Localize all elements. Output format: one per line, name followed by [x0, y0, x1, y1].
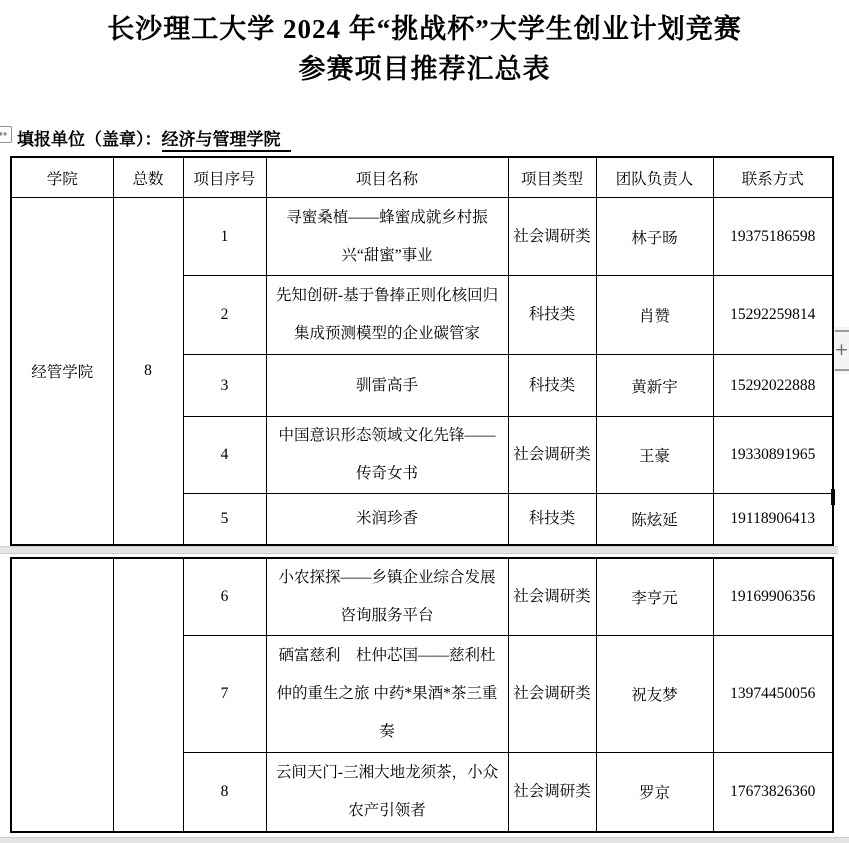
team-leader-cell: 陈炫延 — [596, 494, 713, 545]
project-no-cell: 7 — [183, 636, 266, 753]
filing-unit-line: 填报单位（盖章）：经济与管理学院 — [17, 125, 291, 150]
contact-cell: 19375186598 — [713, 198, 833, 276]
column-header-project-no: 项目序号 — [183, 157, 266, 198]
project-no-cell: 8 — [183, 753, 266, 832]
page-title: 长沙理工大学 2024 年“挑战杯”大学生创业计划竞赛 参赛项目推荐汇总表 — [0, 9, 849, 89]
project-name-cell: 云间天门-三湘大地龙须茶，小众农产引领者 — [266, 753, 508, 832]
project-type-cell: 社会调研类 — [508, 198, 596, 276]
widget-bottom-bar — [835, 369, 849, 371]
widget-top-bar — [835, 330, 849, 332]
college-cell: 经管学院 — [11, 198, 113, 545]
add-button[interactable]: + — [834, 327, 849, 374]
project-type-cell: 科技类 — [508, 494, 596, 545]
projects-table-page-2: 6 小农探探——乡镇企业综合发展咨询服务平台 社会调研类 李亨元 1916990… — [10, 557, 834, 833]
filing-unit-value: 经济与管理学院 — [162, 130, 291, 152]
column-header-project-name: 项目名称 — [266, 157, 508, 198]
project-type-cell: 社会调研类 — [508, 558, 596, 636]
project-name-cell: 驯雷高手 — [266, 355, 508, 417]
college-cell-empty — [11, 558, 113, 832]
total-cell: 8 — [113, 198, 183, 545]
column-header-college: 学院 — [11, 157, 113, 198]
team-leader-cell: 罗京 — [596, 753, 713, 832]
column-header-total: 总数 — [113, 157, 183, 198]
project-name-cell: 先知创研-基于鲁捧正则化核回归集成预测模型的企业碳管家 — [266, 276, 508, 355]
project-no-cell: 6 — [183, 558, 266, 636]
project-no-cell: 4 — [183, 417, 266, 494]
contact-cell: 15292022888 — [713, 355, 833, 417]
total-cell-empty — [113, 558, 183, 832]
project-no-cell: 1 — [183, 198, 266, 276]
document-page: 长沙理工大学 2024 年“挑战杯”大学生创业计划竞赛 参赛项目推荐汇总表 ↔ … — [0, 0, 849, 843]
page-bottom-edge — [0, 837, 849, 843]
project-type-cell: 科技类 — [508, 355, 596, 417]
team-leader-cell: 林子旸 — [596, 198, 713, 276]
plus-icon: + — [834, 342, 848, 359]
contact-cell: 15292259814 — [713, 276, 833, 355]
table-header-row: 学院 总数 项目序号 项目名称 项目类型 团队负责人 联系方式 — [11, 157, 833, 198]
project-name-cell: 中国意识形态领域文化先锋——传奇女书 — [266, 417, 508, 494]
filing-unit-label: 填报单位（盖章）： — [17, 130, 162, 149]
page-title-line2: 参赛项目推荐汇总表 — [0, 49, 849, 89]
contact-cell: 19330891965 — [713, 417, 833, 494]
project-name-cell: 硒富慈利 杜仲芯国——慈利杜仲的重生之旅 中药*果酒*茶三重奏 — [266, 636, 508, 753]
contact-cell: 13974450056 — [713, 636, 833, 753]
cursor-mark — [831, 489, 835, 505]
team-leader-cell: 祝友梦 — [596, 636, 713, 753]
table-row: 6 小农探探——乡镇企业综合发展咨询服务平台 社会调研类 李亨元 1916990… — [11, 558, 833, 636]
project-no-cell: 5 — [183, 494, 266, 545]
project-name-cell: 小农探探——乡镇企业综合发展咨询服务平台 — [266, 558, 508, 636]
project-no-cell: 2 — [183, 276, 266, 355]
team-leader-cell: 李亨元 — [596, 558, 713, 636]
project-type-cell: 科技类 — [508, 276, 596, 355]
project-type-cell: 社会调研类 — [508, 636, 596, 753]
table-row: 经管学院 8 1 寻蜜桑植——蜂蜜成就乡村振兴“甜蜜”事业 社会调研类 林子旸 … — [11, 198, 833, 276]
table-move-handle-icon[interactable]: ↔ — [0, 126, 12, 143]
contact-cell: 19169906356 — [713, 558, 833, 636]
project-type-cell: 社会调研类 — [508, 417, 596, 494]
column-header-project-type: 项目类型 — [508, 157, 596, 198]
page-break-divider — [0, 546, 838, 554]
team-leader-cell: 王豪 — [596, 417, 713, 494]
move-arrows-icon: ↔ — [0, 129, 7, 140]
team-leader-cell: 黄新宇 — [596, 355, 713, 417]
project-type-cell: 社会调研类 — [508, 753, 596, 832]
project-name-cell: 米润珍香 — [266, 494, 508, 545]
projects-table-page-1: 学院 总数 项目序号 项目名称 项目类型 团队负责人 联系方式 经管学院 8 1… — [10, 156, 834, 546]
project-name-cell: 寻蜜桑植——蜂蜜成就乡村振兴“甜蜜”事业 — [266, 198, 508, 276]
project-no-cell: 3 — [183, 355, 266, 417]
contact-cell: 19118906413 — [713, 494, 833, 545]
contact-cell: 17673826360 — [713, 753, 833, 832]
column-header-contact: 联系方式 — [713, 157, 833, 198]
page-title-line1: 长沙理工大学 2024 年“挑战杯”大学生创业计划竞赛 — [0, 9, 849, 49]
column-header-team-leader: 团队负责人 — [596, 157, 713, 198]
team-leader-cell: 肖赞 — [596, 276, 713, 355]
